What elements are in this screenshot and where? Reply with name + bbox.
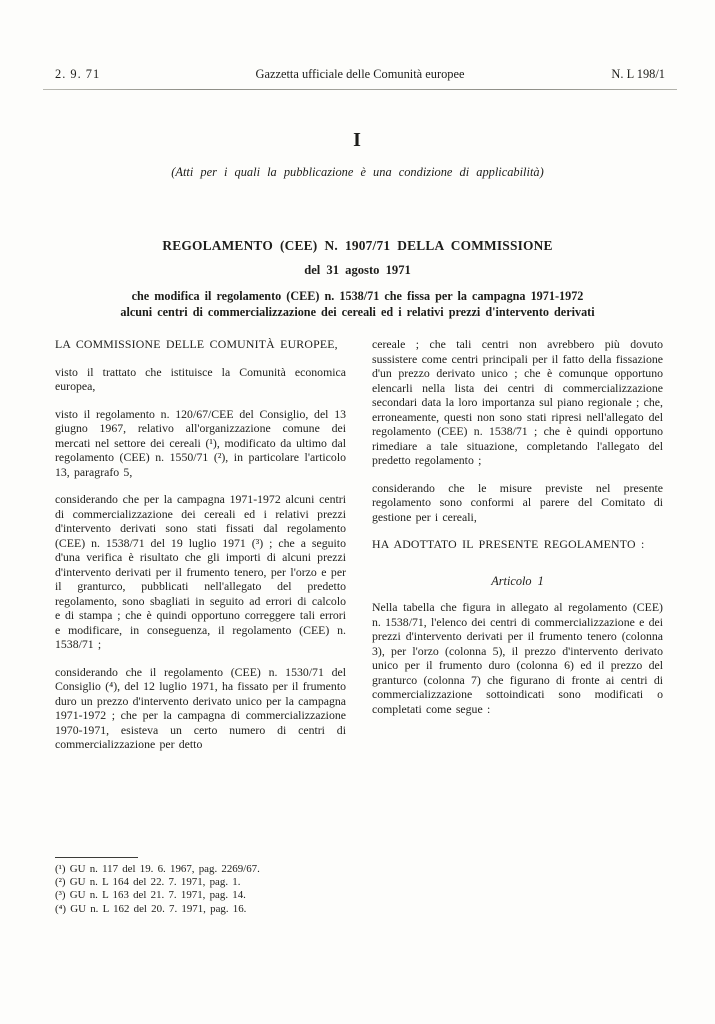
- citation-paragraph: visto il trattato che istituisce la Comu…: [55, 365, 346, 394]
- recital-paragraph: cereale ; che tali centri non avrebbero …: [372, 337, 663, 468]
- article-1-heading: Articolo 1: [372, 574, 663, 589]
- footnote: (⁴) GU n. L 162 del 20. 7. 1971, pag. 16…: [55, 903, 345, 916]
- regulation-title-block: REGOLAMENTO (CEE) N. 1907/71 DELLA COMMI…: [0, 238, 715, 320]
- recital-paragraph: considerando che le misure previste nel …: [372, 481, 663, 525]
- journal-page: 2. 9. 71 Gazzetta ufficiale delle Comuni…: [0, 0, 715, 1024]
- footnotes-block: (¹) GU n. 117 del 19. 6. 1967, pag. 2269…: [55, 857, 345, 916]
- footnote: (³) GU n. L 163 del 21. 7. 1971, pag. 14…: [55, 889, 345, 902]
- header-rule: [43, 89, 677, 90]
- citation-paragraph: visto il regolamento n. 120/67/CEE del C…: [55, 407, 346, 480]
- recital-paragraph: considerando che per la campagna 1971-19…: [55, 492, 346, 652]
- header-journal-title: Gazzetta ufficiale delle Comunità europe…: [256, 67, 465, 81]
- recital-paragraph: considerando che il regolamento (CEE) n.…: [55, 665, 346, 752]
- article-1-text: Nella tabella che figura in allegato al …: [372, 600, 663, 716]
- regulation-title: REGOLAMENTO (CEE) N. 1907/71 DELLA COMMI…: [0, 238, 715, 254]
- body-columns: LA COMMISSIONE DELLE COMUNITÀ EUROPEE, v…: [55, 337, 663, 765]
- footnote: (¹) GU n. 117 del 19. 6. 1967, pag. 2269…: [55, 863, 345, 876]
- regulation-subtitle: che modifica il regolamento (CEE) n. 153…: [115, 289, 601, 320]
- enacting-formula: HA ADOTTATO IL PRESENTE REGOLAMENTO :: [372, 537, 663, 552]
- commission-opening-line: LA COMMISSIONE DELLE COMUNITÀ EUROPEE,: [55, 337, 346, 352]
- header-date: 2. 9. 71: [55, 67, 100, 81]
- regulation-date-line: del 31 agosto 1971: [0, 263, 715, 278]
- section-applicability-note: (Atti per i quali la pubblicazione è una…: [0, 165, 715, 180]
- section-numeral: I: [0, 129, 715, 152]
- footnote-rule: [55, 857, 138, 858]
- header-issue-number: N. L 198/1: [611, 67, 665, 81]
- left-column: LA COMMISSIONE DELLE COMUNITÀ EUROPEE, v…: [55, 337, 346, 765]
- footnote: (²) GU n. L 164 del 22. 7. 1971, pag. 1.: [55, 876, 345, 889]
- right-column: cereale ; che tali centri non avrebbero …: [372, 337, 663, 765]
